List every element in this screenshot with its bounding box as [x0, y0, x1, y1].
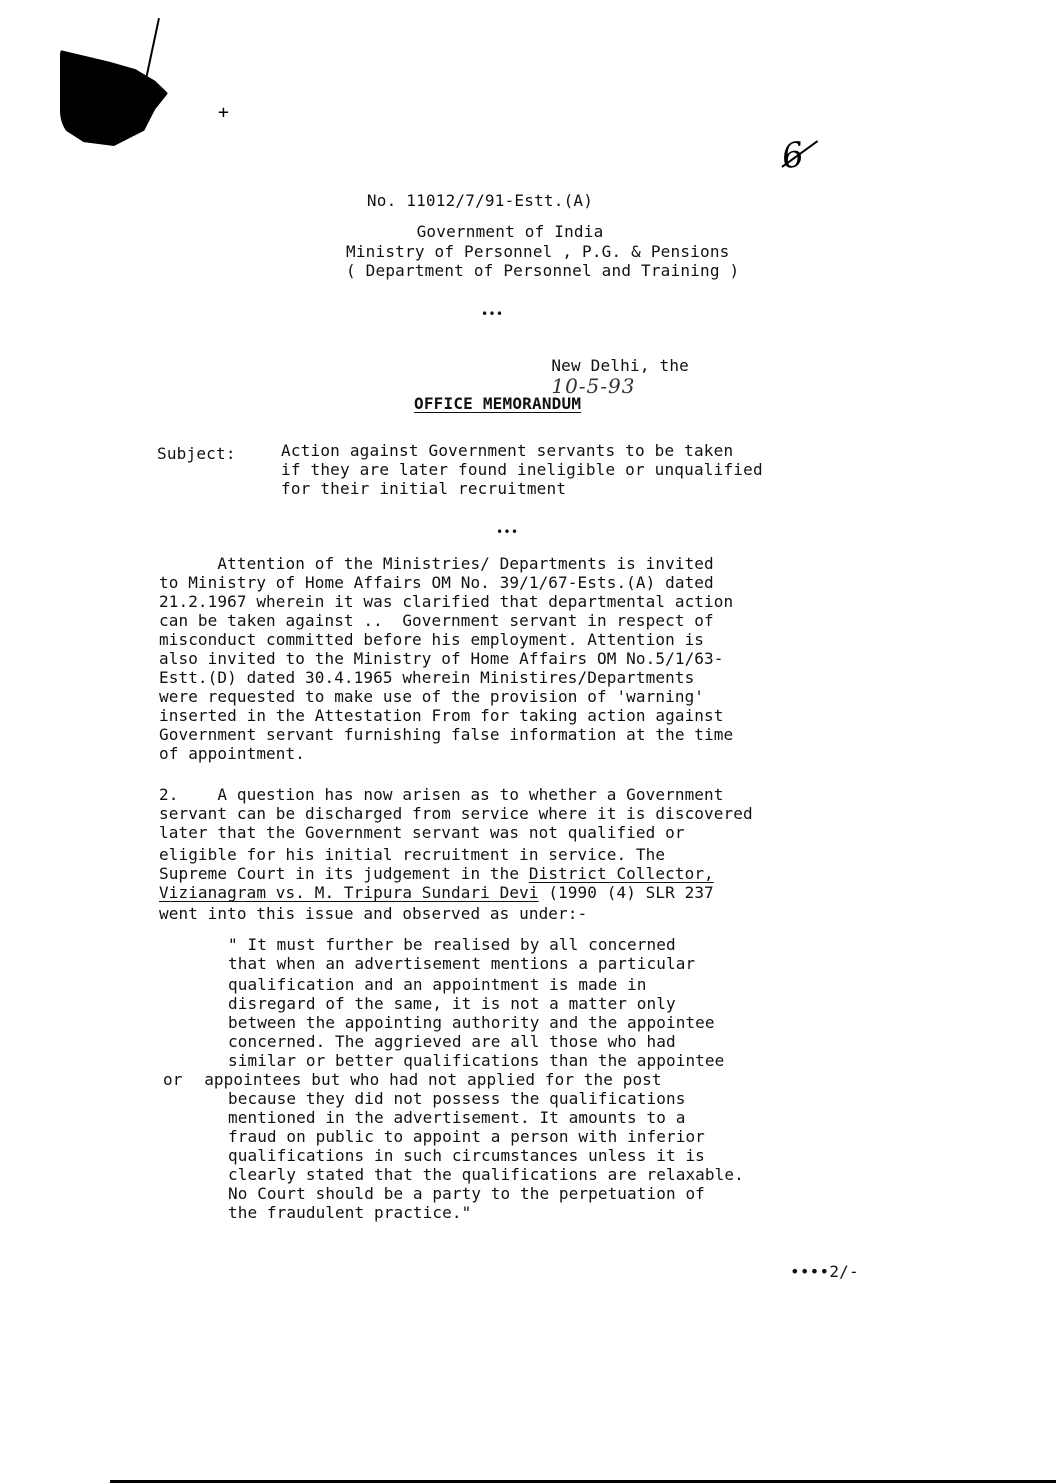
document-title: OFFICE MEMORANDUM	[414, 394, 581, 414]
subject-line: Action against Government servants to be…	[281, 441, 733, 461]
text-line: inserted in the Attestation From for tak…	[159, 706, 724, 725]
text-line: 21.2.1967 wherein it was clarified that …	[159, 592, 733, 611]
quote-line: No Court should be a party to the perpet…	[228, 1184, 705, 1203]
quote-line: qualifications in such circumstances unl…	[228, 1146, 705, 1165]
text-span: Supreme Court in its judgement in the	[159, 864, 529, 883]
quote-line: qualification and an appointment is made…	[228, 975, 647, 994]
text-line: servant can be discharged from service w…	[159, 804, 753, 823]
header-separator: •••	[481, 304, 503, 324]
text-line: Estt.(D) dated 30.4.1965 wherein Ministi…	[159, 668, 694, 687]
text-line: went into this issue and observed as und…	[159, 904, 587, 923]
text-line: A question has now arisen as to whether …	[159, 785, 724, 804]
scan-cross-mark: +	[218, 104, 229, 122]
text-line: misconduct committed before his employme…	[159, 630, 704, 649]
case-reference-line: Supreme Court in its judgement in the Di…	[159, 864, 714, 883]
quote-line: disregard of the same, it is not a matte…	[228, 994, 676, 1013]
text-line: also invited to the Ministry of Home Aff…	[159, 649, 724, 668]
quote-line: clearly stated that the qualifications a…	[228, 1165, 744, 1184]
subject-separator: •••	[496, 522, 518, 542]
subject-label: Subject:	[157, 444, 236, 464]
quote-line: " It must further be realised by all con…	[228, 935, 676, 954]
quote-line: that when an advertisement mentions a pa…	[228, 954, 695, 973]
text-line: eligible for his initial recruitment in …	[159, 845, 665, 864]
subject-line: for their initial recruitment	[281, 479, 566, 499]
text-line: to Ministry of Home Affairs OM No. 39/1/…	[159, 573, 714, 592]
citation: (1990 (4) SLR 237	[539, 883, 714, 902]
text-line: Government servant furnishing false info…	[159, 725, 733, 744]
text-line: of appointment.	[159, 744, 305, 763]
quote-line: concerned. The aggrieved are all those w…	[228, 1032, 676, 1051]
quote-line: mentioned in the advertisement. It amoun…	[228, 1108, 685, 1127]
department-name: ( Department of Personnel and Training )	[346, 261, 739, 281]
quote-line: fraud on public to appoint a person with…	[228, 1127, 705, 1146]
quote-line: the fraudulent practice."	[228, 1203, 471, 1222]
scanned-document-page: + 6 No. 11012/7/91-Estt.(A) Government o…	[0, 0, 1056, 1483]
continuation-marker: ••••2/-	[790, 1262, 859, 1282]
text-span: or	[163, 1070, 192, 1089]
case-name: Vizianagram vs. M. Tripura Sundari Devi	[159, 883, 539, 902]
handwritten-page-mark: 6	[779, 135, 806, 178]
text-line: later that the Government servant was no…	[159, 823, 685, 842]
file-number: No. 11012/7/91-Estt.(A)	[330, 191, 630, 211]
text-line: Attention of the Ministries/ Departments…	[159, 554, 714, 573]
government-name: Government of India	[330, 222, 690, 242]
ministry-name: Ministry of Personnel , P.G. & Pensions	[346, 242, 729, 262]
text-line: can be taken against .. Government serva…	[159, 611, 714, 630]
quote-line: similar or better qualifications than th…	[228, 1051, 724, 1070]
case-citation-line: Vizianagram vs. M. Tripura Sundari Devi …	[159, 883, 714, 902]
scan-ink-blot	[60, 50, 168, 146]
scan-pen-stroke	[144, 18, 160, 83]
text-line: were requested to make use of the provis…	[159, 687, 704, 706]
subject-line: if they are later found ineligible or un…	[281, 460, 763, 480]
quote-outdented-line: or appointees but who had not applied fo…	[163, 1070, 662, 1089]
text-span: appointees but who had not applied for t…	[204, 1070, 661, 1089]
quote-line: because they did not possess the qualifi…	[228, 1089, 685, 1108]
place-prefix: New Delhi, the	[551, 356, 689, 375]
case-name: District Collector,	[529, 864, 714, 883]
quote-line: between the appointing authority and the…	[228, 1013, 715, 1032]
